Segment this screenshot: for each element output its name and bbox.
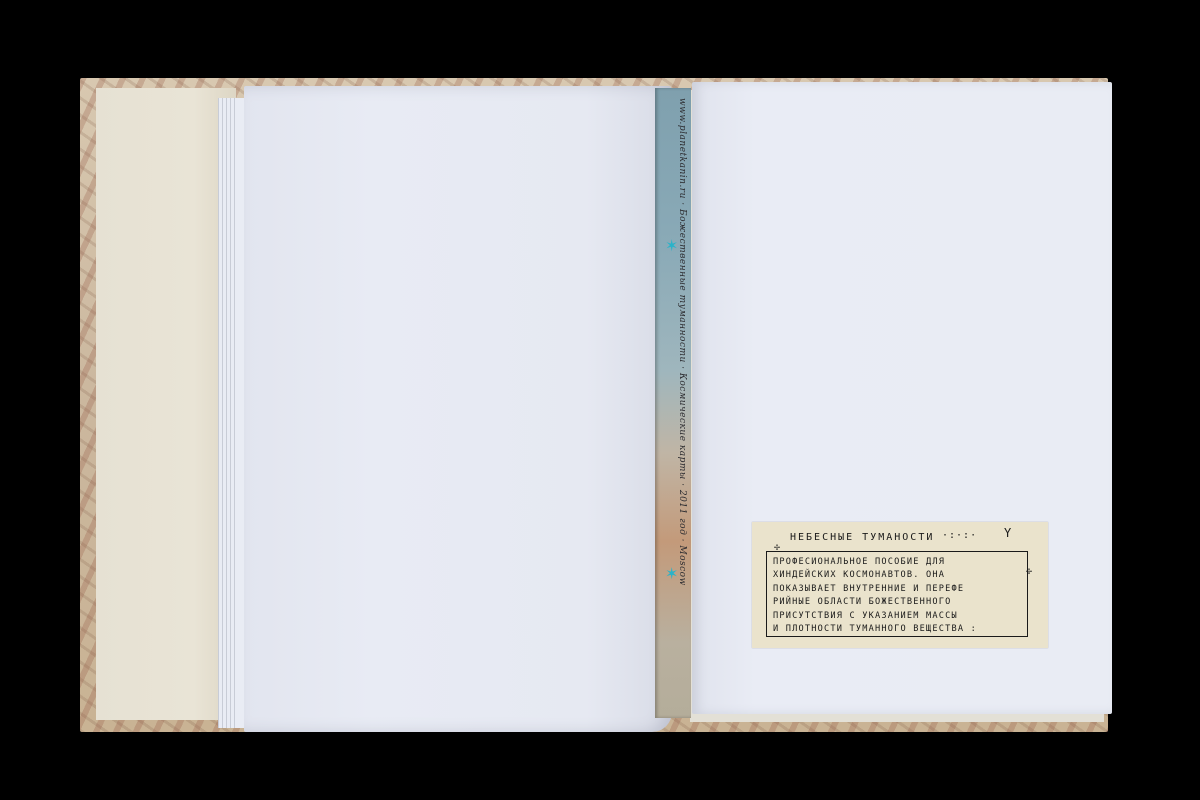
label-line: И ПЛОТНОСТИ ТУМАННОГО ВЕЩЕСТВА : bbox=[773, 623, 1027, 636]
label-line: ПОКАЗЫВАЕТ ВНУТРЕННИЕ И ПЕРЕФЕ bbox=[773, 583, 1027, 596]
antenna-icon: Y bbox=[1004, 526, 1011, 540]
star-icon: ✶ bbox=[665, 566, 681, 582]
spine-handwritten-text: www.planetkanin.ru · Божественные туманн… bbox=[677, 98, 687, 708]
left-blank-page bbox=[244, 86, 672, 732]
painted-spine-strip: www.planetkanin.ru · Божественные туманн… bbox=[655, 88, 691, 718]
label-line: РИЙНЫЕ ОБЛАСТИ БОЖЕСТВЕННОГО bbox=[773, 596, 1027, 609]
open-book: www.planetkanin.ru · Божественные туманн… bbox=[0, 0, 1200, 800]
handwritten-label: НЕБЕСНЫЕ ТУМАНОСТИ ·:·:· Y ✢ ✢ ПРОФЕСИОН… bbox=[752, 522, 1048, 648]
label-line: ХИНДЕЙСКИХ КОСМОНАВТОВ. ОНА bbox=[773, 569, 1027, 582]
label-line: ПРИСУТСТВИЯ С УКАЗАНИЕМ МАССЫ bbox=[773, 610, 1027, 623]
label-line: ПРОФЕСИОНАЛЬНОЕ ПОСОБИЕ ДЛЯ bbox=[773, 556, 1027, 569]
label-title: НЕБЕСНЫЕ ТУМАНОСТИ bbox=[790, 532, 934, 543]
star-icon: ✶ bbox=[665, 238, 681, 254]
left-endpaper bbox=[96, 88, 236, 720]
label-text-box: ПРОФЕСИОНАЛЬНОЕ ПОСОБИЕ ДЛЯ ХИНДЕЙСКИХ К… bbox=[766, 551, 1028, 637]
dots-decoration-icon: ·:·:· bbox=[942, 530, 977, 541]
